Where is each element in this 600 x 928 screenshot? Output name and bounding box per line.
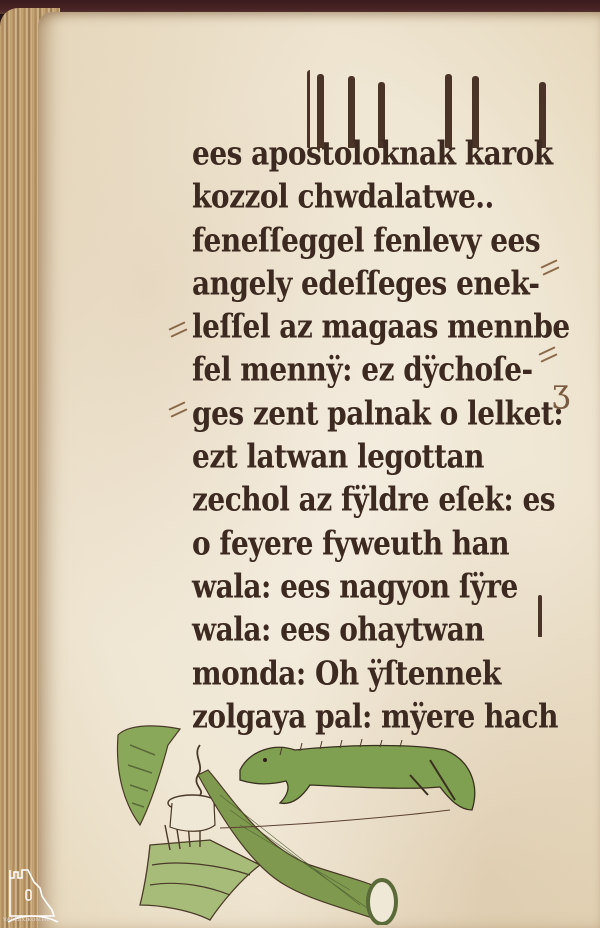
manuscript-text: ees apostoloknak karok kozzol chwdalatwe… (192, 132, 562, 738)
watermark-label: VARLEXIKON.HU (3, 917, 51, 923)
line-end-stroke (538, 595, 542, 637)
margin-flourish: ʒ (552, 372, 570, 410)
dragon-tower-illustration (110, 715, 490, 925)
